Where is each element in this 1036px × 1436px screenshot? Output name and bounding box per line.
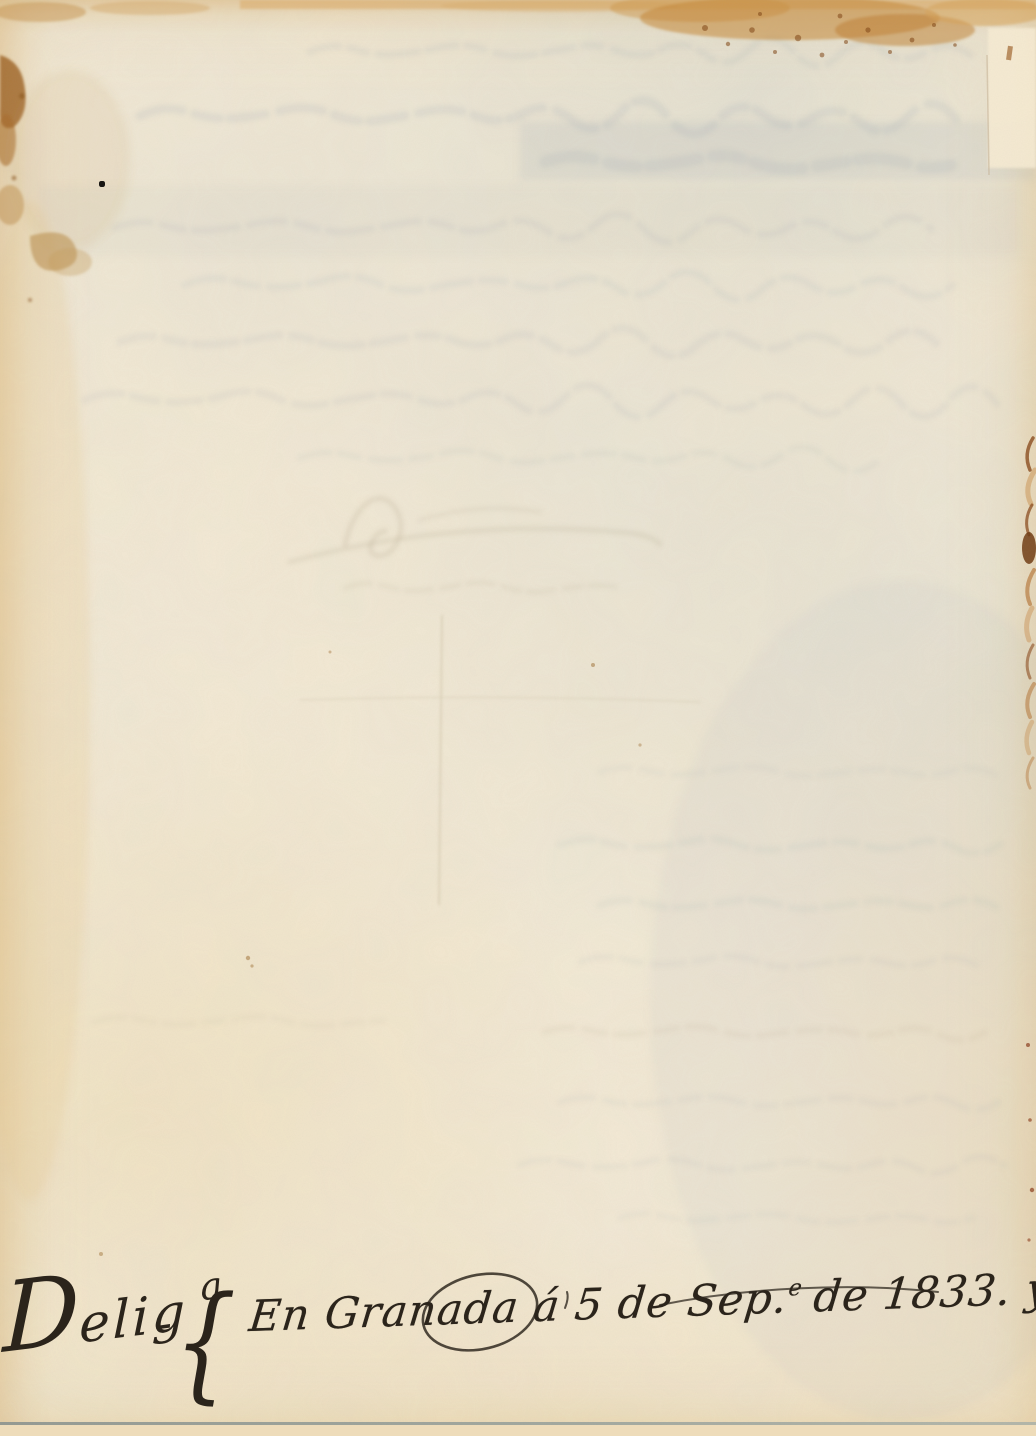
stain-top-edge (240, 0, 1036, 175)
paper-creases (300, 615, 700, 905)
manuscript-scan-page: Delig - a { En Granada á 5 de Sep.ede 18… (0, 0, 1036, 1436)
place-date-part2: de 1833. yo el (811, 1261, 1036, 1322)
foxing-specks (99, 651, 642, 1257)
scan-edge-strip (0, 1425, 1036, 1436)
blue-gray-wash (0, 122, 1036, 1420)
place-date-part1: En Granada á 5 de Sep. (247, 1273, 790, 1342)
paper-grain (0, 0, 1036, 1436)
paper-mottle-warm (0, 0, 1036, 1436)
paper-mottle-cool (0, 0, 1036, 1436)
date-superscript: e (787, 1275, 804, 1302)
stain-top-left-corner (0, 1, 210, 302)
ghost-bleedthrough-writing (85, 38, 1004, 1222)
paper-aging-layer (0, 0, 1036, 1436)
stain-right-edge-marbling (1022, 438, 1036, 1242)
handwriting-place-date-line: En Granada á 5 de Sep.ede 1833. yo el (247, 1261, 1036, 1342)
underlying-page-edge-line (987, 55, 989, 175)
ink-speck (99, 181, 105, 187)
handwriting-brace: { (172, 1272, 237, 1414)
stain-speckles (702, 12, 957, 57)
